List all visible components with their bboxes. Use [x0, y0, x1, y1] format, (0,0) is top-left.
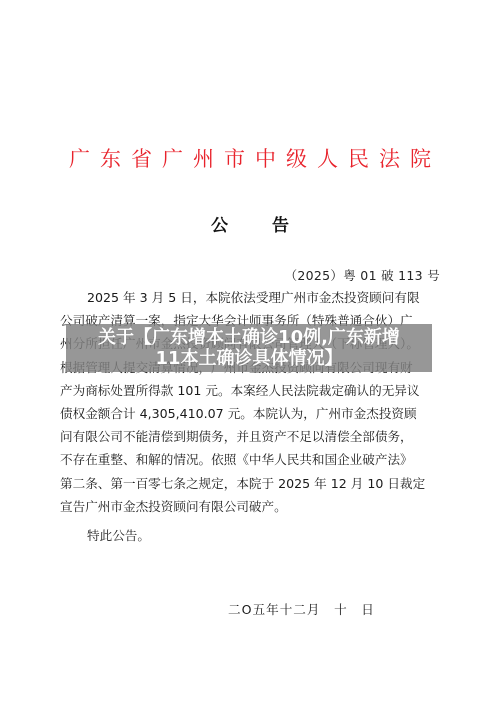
- body-line: 债权金额合计 4,305,410.07 元。本院认为，广州市金杰投资顾: [60, 402, 444, 425]
- article-title-overlay[interactable]: 关于【广东增本土确诊10例,广东新增11本土确诊具体情况】: [66, 324, 432, 372]
- body-line: 2025 年 3 月 5 日，本院依法受理广州市金杰投资顾问有限: [60, 286, 444, 309]
- overlay-title-text: 关于【广东增本土确诊10例,广东新增11本土确诊具体情况】: [89, 327, 409, 369]
- case-number: （2025）粤 01 破 113 号: [285, 266, 440, 284]
- court-name-header: 广东省广州市中级人民法院: [0, 143, 500, 173]
- notice-title: 公告: [0, 211, 500, 236]
- body-line: 产为商标处置所得款 101 元。本案经人民法院裁定确认的无异议: [60, 379, 444, 402]
- body-line: 宣告广州市金杰投资顾问有限公司破产。: [60, 495, 444, 518]
- body-line: 不存在重整、和解的情况。依照《中华人民共和国企业破产法》: [60, 448, 444, 471]
- body-line: 问有限公司不能清偿到期债务，并且资产不足以清偿全部债务，: [60, 425, 444, 448]
- closing-statement: 特此公告。: [87, 525, 150, 544]
- document-page: 广东省广州市中级人民法院 公告 （2025）粤 01 破 113 号 2025 …: [0, 0, 500, 706]
- issue-date: 二O五年十二月 十 日: [228, 599, 375, 618]
- notice-body: 2025 年 3 月 5 日，本院依法受理广州市金杰投资顾问有限 公司破产清算一…: [60, 286, 444, 518]
- body-line: 第二条、第一百零七条之规定，本院于 2025 年 12 月 10 日裁定: [60, 472, 444, 495]
